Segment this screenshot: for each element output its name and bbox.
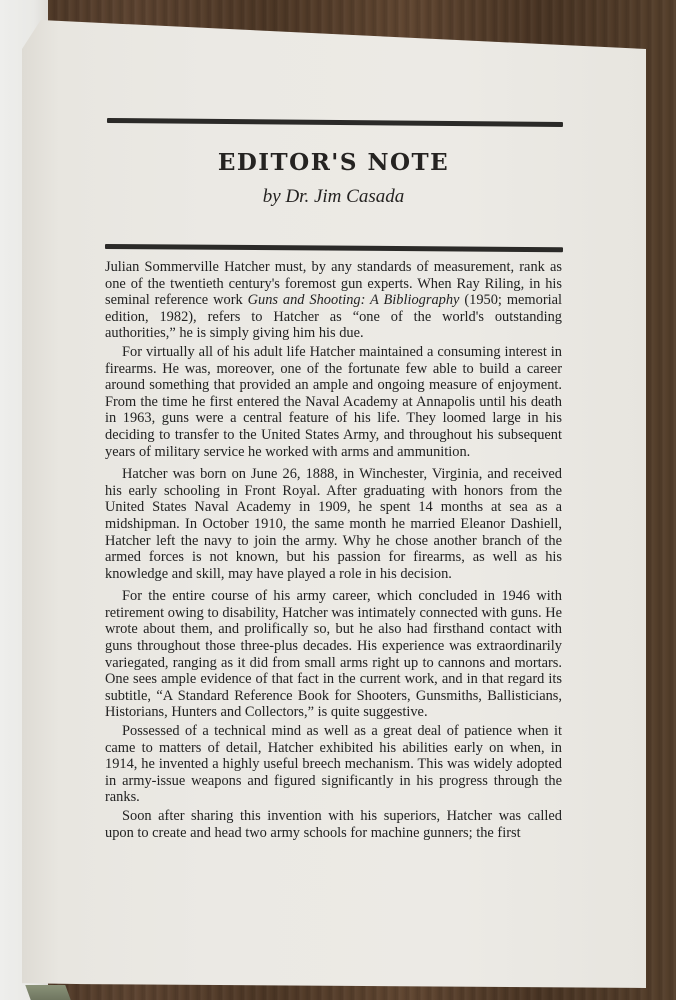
top-rule-divider bbox=[107, 118, 563, 127]
paragraph-1: Julian Sommerville Hatcher must, by any … bbox=[105, 259, 562, 342]
body-text: Julian Sommerville Hatcher must, by any … bbox=[105, 259, 562, 841]
bottom-rule-divider bbox=[105, 244, 563, 252]
paragraph-2: For virtually all of his adult life Hatc… bbox=[105, 344, 562, 460]
paragraph-6: Soon after sharing this invention with h… bbox=[105, 808, 562, 841]
book-title-italic: Guns and Shooting: A Bibliography bbox=[248, 292, 460, 308]
paragraph-3: Hatcher was born on June 26, 1888, in Wi… bbox=[105, 466, 562, 582]
paragraph-5: Possessed of a technical mind as well as… bbox=[105, 723, 562, 806]
page-content: EDITOR'S NOTE by Dr. Jim Casada Julian S… bbox=[105, 118, 562, 841]
author-byline: by Dr. Jim Casada bbox=[105, 186, 562, 208]
bookmark-tab bbox=[25, 985, 70, 1000]
paragraph-4: For the entire course of his army career… bbox=[105, 588, 562, 721]
page-title: EDITOR'S NOTE bbox=[105, 149, 562, 176]
